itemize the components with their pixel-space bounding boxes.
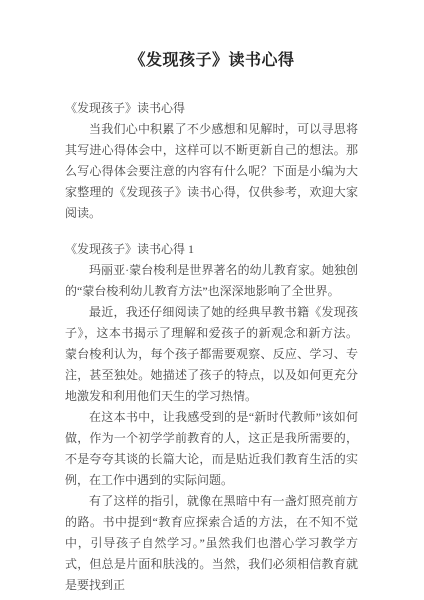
intro-section: 《发现孩子》读书心得 当我们心中积累了不少感想和见解时，可以寻思将其写进心得体会…: [65, 98, 358, 224]
paragraph: 有了这样的指引，就像在黑暗中有一盏灯照亮前方的路。书中提到“教育应探索合适的方法…: [65, 491, 358, 596]
document-title: 《发现孩子》读书心得: [0, 0, 424, 72]
paragraph: 在这本书中，让我感受到的是“新时代教师”该如何做，作为一个初学学前教育的人，这正…: [65, 407, 358, 491]
section-heading: 《发现孩子》读书心得 1: [65, 239, 358, 260]
chapter-1-section: 《发现孩子》读书心得 1 玛丽亚·蒙台梭利是世界著名的幼儿教育家。她独创的“蒙台…: [65, 239, 358, 596]
paragraph: 玛丽亚·蒙台梭利是世界著名的幼儿教育家。她独创的“蒙台梭利幼儿教育方法”也深深地…: [65, 260, 358, 302]
document-page: 《发现孩子》读书心得 《发现孩子》读书心得 当我们心中积累了不少感想和见解时，可…: [0, 0, 424, 600]
section-heading: 《发现孩子》读书心得: [65, 98, 358, 119]
document-body: 《发现孩子》读书心得 当我们心中积累了不少感想和见解时，可以寻思将其写进心得体会…: [65, 98, 358, 596]
paragraph: 最近，我还仔细阅读了她的经典早教书籍《发现孩子》，这本书揭示了理解和爱孩子的新观…: [65, 302, 358, 407]
paragraph: 当我们心中积累了不少感想和见解时，可以寻思将其写进心得体会中，这样可以不断更新自…: [65, 119, 358, 224]
